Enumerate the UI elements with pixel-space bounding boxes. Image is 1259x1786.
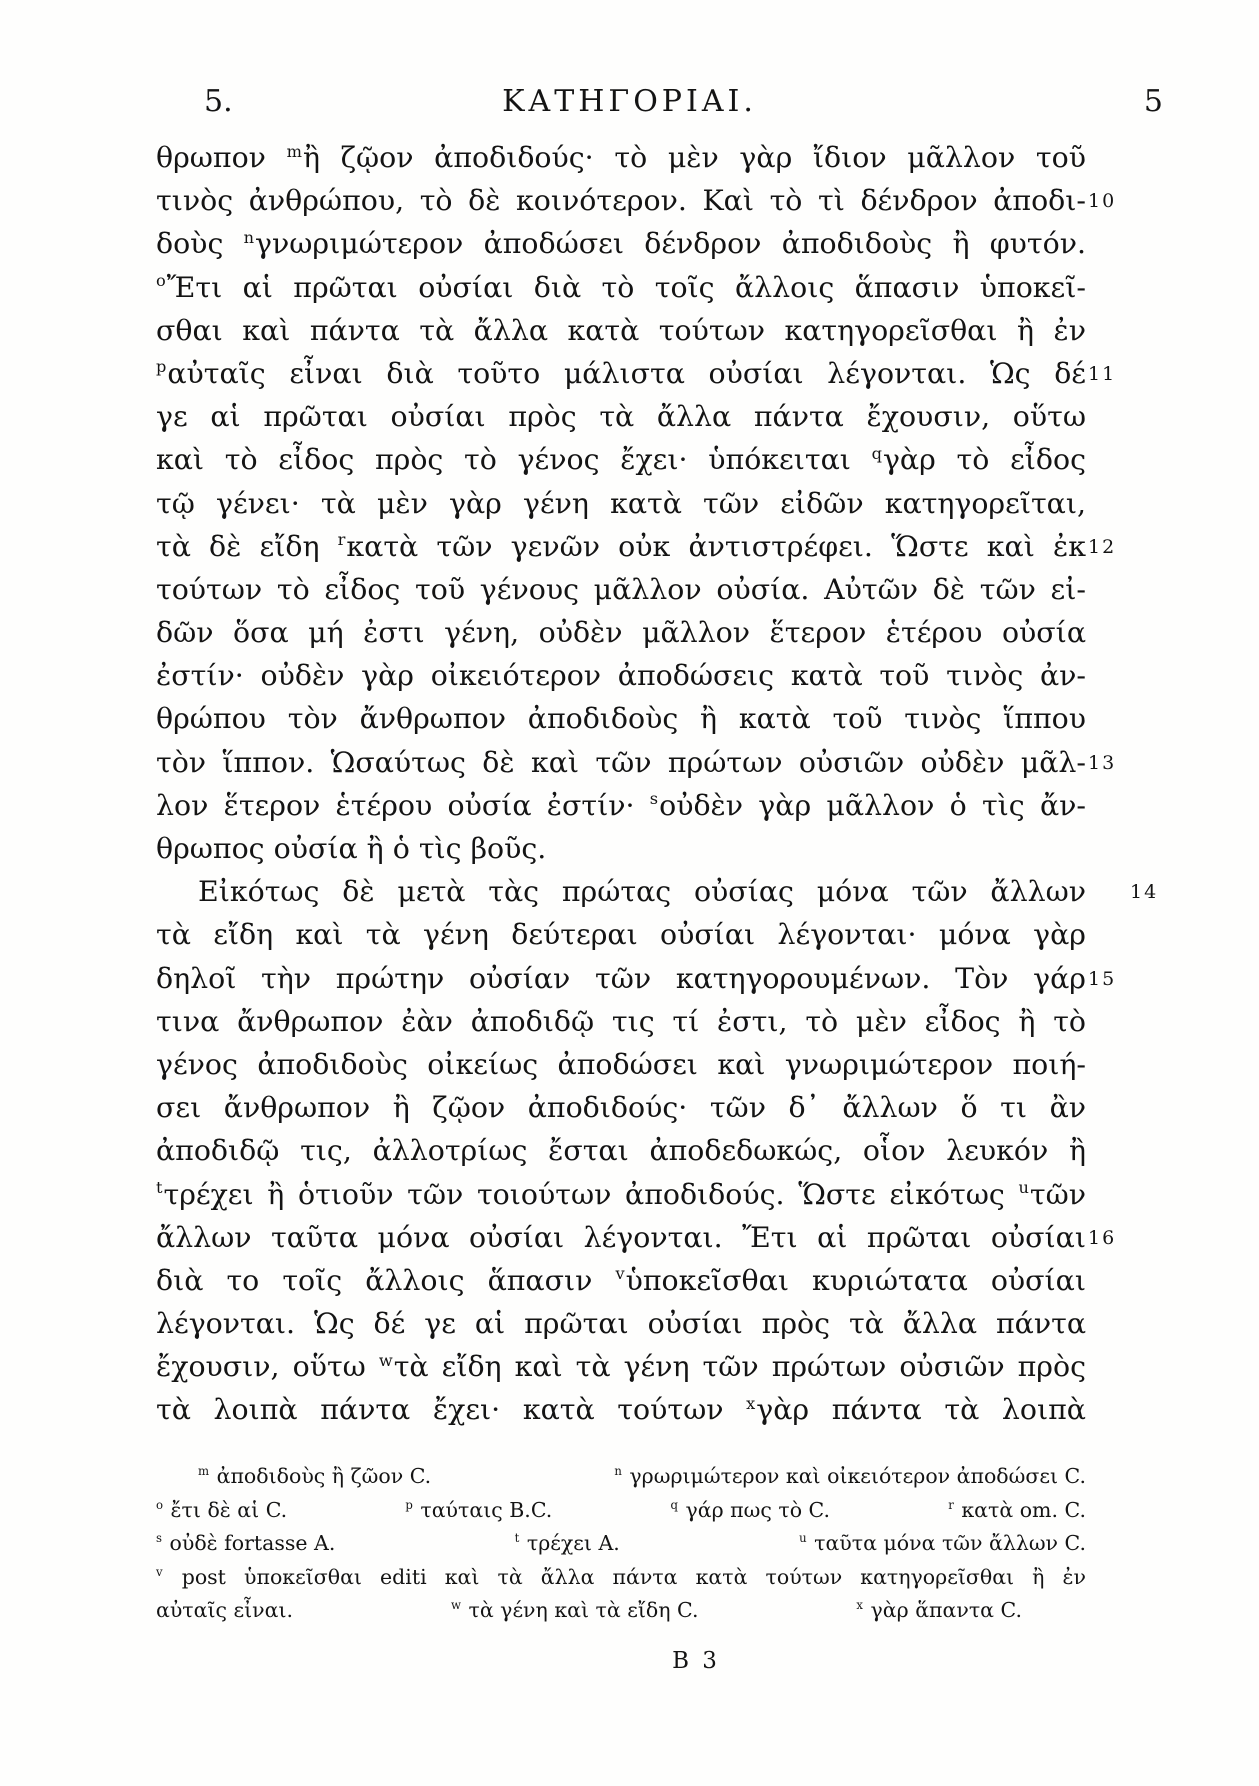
- bekker-line-number: 15: [1088, 958, 1138, 1001]
- bekker-line-number: 16: [1088, 1217, 1138, 1260]
- apparatus-line: v post ὑποκεῖσθαι editi καὶ τὰ ἄλλα πάντ…: [156, 1561, 1086, 1595]
- text-line: oἜτι αἱ πρῶται οὐσίαι διὰ τὸ τοῖς ἄλλοις…: [156, 266, 1086, 309]
- bekker-line-number: 13: [1088, 742, 1138, 785]
- footnote-marker: m: [287, 142, 302, 161]
- text-line: γένος ἀποδιδοὺς οἰκείως ἀποδώσει καὶ γνω…: [156, 1043, 1086, 1086]
- text-line: τὰ λοιπὰ πάντα ἔχει· κατὰ τούτων xγὰρ πά…: [156, 1388, 1086, 1431]
- footnote-marker: q: [872, 444, 882, 463]
- text-line: τὰ δὲ εἴδη rκατὰ τῶν γενῶν οὐκ ἀντιστρέφ…: [156, 525, 1086, 568]
- footnote-marker: v: [615, 1264, 624, 1283]
- apparatus-entry: r κατὰ om. C.: [948, 1494, 1086, 1528]
- text-line: τὰ εἴδη καὶ τὰ γένη δεύτεραι οὐσίαι λέγο…: [156, 913, 1086, 956]
- page-number-right: 5: [1144, 84, 1163, 119]
- footnote-marker: x: [856, 1598, 863, 1612]
- text-line: τούτων τὸ εἶδος τοῦ γένους μᾶλλον οὐσία.…: [156, 568, 1086, 611]
- footnote-marker: q: [671, 1498, 678, 1512]
- text-line: Εἰκότως δὲ μετὰ τὰς πρώτας οὐσίας μόνα τ…: [156, 870, 1086, 913]
- bekker-line-number: 12: [1088, 526, 1138, 569]
- text-line: ἄλλων ταῦτα μόνα οὐσίαι λέγονται. Ἔτι αἱ…: [156, 1216, 1086, 1259]
- text-line: tτρέχει ἢ ὁτιοῦν τῶν τοιούτων ἀποδιδούς.…: [156, 1173, 1086, 1216]
- footnote-marker: t: [156, 1178, 163, 1197]
- bekker-line-number: 10: [1088, 180, 1138, 223]
- text-line: λον ἕτερον ἑτέρου οὐσία ἐστίν· sοὐδὲν γὰ…: [156, 784, 1086, 827]
- text-line: δοὺς nγνωριμώτερον ἀποδώσει δένδρον ἀποδ…: [156, 222, 1086, 265]
- footnote-marker: s: [650, 789, 658, 808]
- apparatus-entry: t τρέχει A.: [515, 1527, 620, 1561]
- text-line: τινὸς ἀνθρώπου, τὸ δὲ κοινότερον. Καὶ τὸ…: [156, 179, 1086, 222]
- apparatus-entry: s οὐδὲ fortasse A.: [156, 1527, 335, 1561]
- apparatus-line: αὐταῖς εἶναι.w τὰ γένη καὶ τὰ εἴδη C.x γ…: [156, 1594, 1086, 1628]
- text-line: ἔχουσιν, οὕτω wτὰ εἴδη καὶ τὰ γένη τῶν π…: [156, 1345, 1086, 1388]
- book-page: 5. ΚΑΤΗΓΟΡΙΑΙ. 5 θρωπον mἢ ζῷον ἀποδιδού…: [0, 0, 1259, 1786]
- text-line: γε αἱ πρῶται οὐσίαι πρὸς τὰ ἄλλα πάντα ἔ…: [156, 395, 1086, 438]
- text-line: σθαι καὶ πάντα τὰ ἄλλα κατὰ τούτων κατηγ…: [156, 309, 1086, 352]
- text-line: διὰ το τοῖς ἄλλοις ἅπασιν vὑποκεῖσθαι κυ…: [156, 1259, 1086, 1302]
- page-header: 5. ΚΑΤΗΓΟΡΙΑΙ. 5: [0, 84, 1259, 130]
- footnote-marker: r: [948, 1498, 954, 1512]
- apparatus-entry: w τὰ γένη καὶ τὰ εἴδη C.: [451, 1594, 699, 1628]
- apparatus-entry: p ταύταις B.C.: [405, 1494, 552, 1528]
- footnote-marker: o: [156, 271, 166, 290]
- text-line: θρώπου τὸν ἄνθρωπον ἀποδιδοὺς ἢ κατὰ τοῦ…: [156, 697, 1086, 740]
- footnote-marker: t: [515, 1531, 520, 1545]
- footnote-marker: u: [799, 1531, 807, 1545]
- footnote-marker: w: [451, 1598, 461, 1612]
- footnote-marker: m: [198, 1464, 209, 1478]
- apparatus-line: m ἀποδιδοὺς ἢ ζῶον C.n γρωριμώτερον καὶ …: [156, 1460, 1086, 1494]
- footnote-marker: x: [746, 1394, 755, 1413]
- apparatus-entry: m ἀποδιδοὺς ἢ ζῶον C.: [198, 1460, 431, 1494]
- apparatus-entry: αὐταῖς εἶναι.: [156, 1594, 293, 1628]
- footnote-marker: r: [338, 530, 346, 549]
- footnote-marker: w: [379, 1351, 393, 1370]
- text-line: θρωπος οὐσία ἢ ὁ τὶς βοῦς.: [156, 827, 1086, 870]
- footnote-marker: u: [1018, 1178, 1028, 1197]
- text-line: θρωπον mἢ ζῷον ἀποδιδούς· τὸ μὲν γὰρ ἴδι…: [156, 136, 1086, 179]
- apparatus-entry: u ταῦτα μόνα τῶν ἄλλων C.: [799, 1527, 1086, 1561]
- text-line: pαὐταῖς εἶναι διὰ τοῦτο μάλιστα οὐσίαι λ…: [156, 352, 1086, 395]
- text-line: τὸν ἵππον. Ὡσαύτως δὲ καὶ τῶν πρώτων οὐσ…: [156, 741, 1086, 784]
- bekker-line-number: 14: [1088, 871, 1138, 914]
- apparatus-entry: x γὰρ ἅπαντα C.: [856, 1594, 1022, 1628]
- footnote-marker: p: [405, 1498, 412, 1512]
- text-line: δηλοῖ τὴν πρώτην οὐσίαν τῶν κατηγορουμέν…: [156, 957, 1086, 1000]
- text-line: τῷ γένει· τὰ μὲν γὰρ γένη κατὰ τῶν εἰδῶν…: [156, 482, 1086, 525]
- body-text: θρωπον mἢ ζῷον ἀποδιδούς· τὸ μὲν γὰρ ἴδι…: [156, 136, 1086, 1432]
- bekker-line-number: 11: [1088, 353, 1138, 396]
- footnote-marker: n: [614, 1464, 622, 1478]
- critical-apparatus: m ἀποδιδοὺς ἢ ζῶον C.n γρωριμώτερον καὶ …: [156, 1460, 1086, 1628]
- text-line: ἀποδιδῷ τις, ἀλλοτρίως ἔσται ἀποδεδωκώς,…: [156, 1129, 1086, 1172]
- apparatus-entry: n γρωριμώτερον καὶ οἰκειότερον ἀποδώσει …: [614, 1460, 1086, 1494]
- footnote-marker: s: [156, 1531, 162, 1545]
- apparatus-entry: q γάρ πως τὸ C.: [671, 1494, 831, 1528]
- text-line: ἐστίν· οὐδὲν γὰρ οἰκειότερον ἀποδώσεις κ…: [156, 654, 1086, 697]
- footnote-marker: p: [156, 357, 166, 376]
- text-line: καὶ τὸ εἶδος πρὸς τὸ γένος ἔχει· ὑπόκειτ…: [156, 438, 1086, 481]
- footnote-marker: n: [244, 228, 254, 247]
- signature-mark: B 3: [156, 1648, 1086, 1674]
- apparatus-entry: v post ὑποκεῖσθαι editi καὶ τὰ ἄλλα πάντ…: [156, 1565, 1086, 1589]
- text-line: δῶν ὅσα μή ἐστι γένη, οὐδὲν μᾶλλον ἕτερο…: [156, 611, 1086, 654]
- footnote-marker: o: [156, 1498, 163, 1512]
- apparatus-entry: o ἔτι δὲ αἱ C.: [156, 1494, 287, 1528]
- text-line: σει ἄνθρωπον ἢ ζῷον ἀποδιδούς· τῶν δ᾽ ἄλ…: [156, 1086, 1086, 1129]
- text-line: λέγονται. Ὡς δέ γε αἱ πρῶται οὐσίαι πρὸς…: [156, 1302, 1086, 1345]
- text-line: τινα ἄνθρωπον ἐὰν ἀποδιδῷ τις τί ἐστι, τ…: [156, 1000, 1086, 1043]
- footnote-marker: v: [156, 1565, 163, 1579]
- apparatus-line: o ἔτι δὲ αἱ C.p ταύταις B.C.q γάρ πως τὸ…: [156, 1494, 1086, 1528]
- apparatus-line: s οὐδὲ fortasse A.t τρέχει A.u ταῦτα μόν…: [156, 1527, 1086, 1561]
- running-title: ΚΑΤΗΓΟΡΙΑΙ.: [0, 84, 1259, 119]
